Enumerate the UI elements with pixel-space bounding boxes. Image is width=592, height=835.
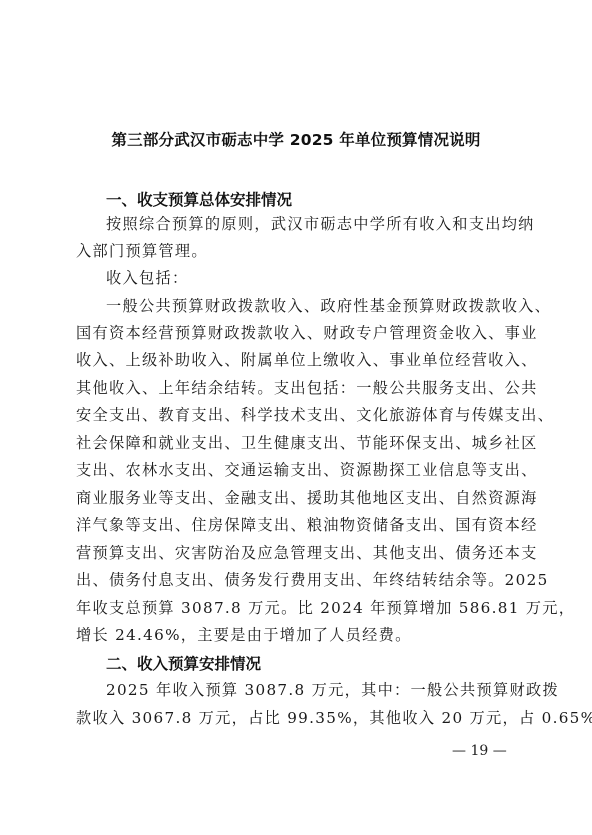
- paragraph-line: 其他收入、上年结余结转。支出包括：一般公共服务支出、公共: [76, 377, 518, 398]
- paragraph-line: 社会保障和就业支出、卫生健康支出、节能环保支出、城乡社区: [76, 432, 518, 453]
- paragraph-line: 出、债务付息支出、债务发行费用支出、年终结转结余等。2025: [76, 569, 518, 590]
- paragraph-line: 按照综合预算的原则，武汉市砺志中学所有收入和支出均纳: [106, 213, 518, 234]
- section-heading-2: 二、收入预算安排情况: [106, 652, 261, 674]
- paragraph-line: 款收入 3067.8 万元，占比 99.35%，其他收入 20 万元，占 0.6…: [76, 707, 518, 728]
- document-page: 第三部分武汉市砺志中学 2025 年单位预算情况说明 一、收支预算总体安排情况 …: [0, 0, 592, 835]
- paragraph-line: 收入、上级补助收入、附属单位上缴收入、事业单位经营收入、: [76, 349, 518, 370]
- paragraph-line: 商业服务业等支出、金融支出、援助其他地区支出、自然资源海: [76, 487, 518, 508]
- paragraph-line: 年收支总预算 3087.8 万元。比 2024 年预算增加 586.81 万元，: [76, 597, 518, 618]
- paragraph-line: 洋气象等支出、住房保障支出、粮油物资储备支出、国有资本经: [76, 514, 518, 535]
- paragraph-line: 收入包括：: [106, 267, 518, 288]
- page-title: 第三部分武汉市砺志中学 2025 年单位预算情况说明: [0, 128, 592, 150]
- paragraph-line: 增长 24.46%，主要是由于增加了人员经费。: [76, 624, 518, 645]
- page-number: — 19 —: [452, 743, 507, 759]
- paragraph-line: 营预算支出、灾害防治及应急管理支出、其他支出、债务还本支: [76, 542, 518, 563]
- paragraph-line: 支出、农林水支出、交通运输支出、资源勘探工业信息等支出、: [76, 459, 518, 480]
- paragraph-line: 安全支出、教育支出、科学技术支出、文化旅游体育与传媒支出、: [76, 404, 518, 425]
- paragraph-line: 国有资本经营预算财政拨款收入、财政专户管理资金收入、事业: [76, 322, 518, 343]
- paragraph-line: 一般公共预算财政拨款收入、政府性基金预算财政拨款收入、: [106, 295, 518, 316]
- paragraph-line: 入部门预算管理。: [76, 240, 518, 261]
- paragraph-line: 2025 年收入预算 3087.8 万元，其中：一般公共预算财政拨: [106, 679, 518, 700]
- section-heading-1: 一、收支预算总体安排情况: [106, 188, 292, 210]
